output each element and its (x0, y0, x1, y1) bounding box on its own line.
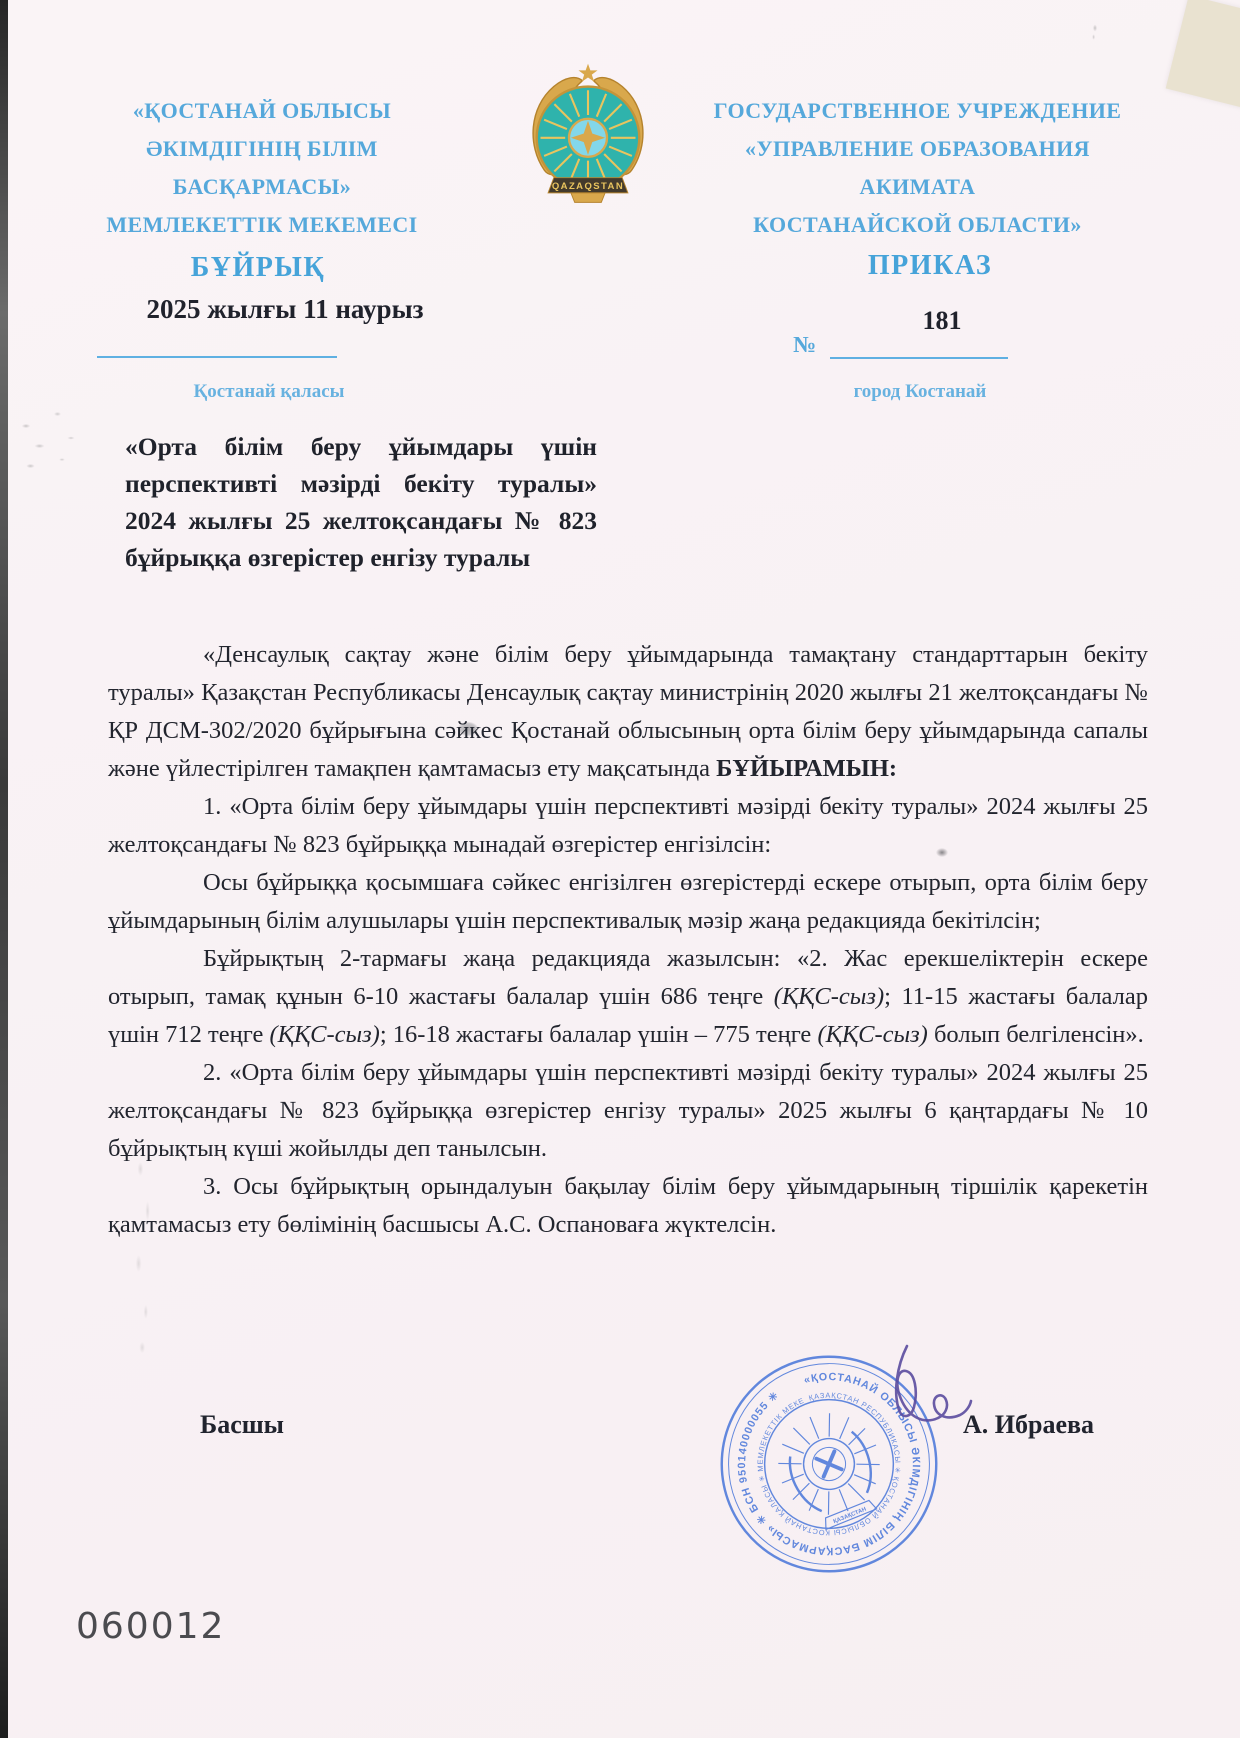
org-line: «ҚОСТАНАЙ ОБЛЫСЫ (92, 92, 432, 130)
body-paragraph: «Денсаулық сақтау және білім беру ұйымда… (108, 636, 1148, 788)
kazakhstan-coat-of-arms-icon: QAZAQSTAN (512, 54, 664, 214)
place-kazakh: Қостанай қаласы (169, 381, 369, 403)
order-number: 181 (872, 306, 1012, 336)
place-russian: город Костанай (828, 381, 1012, 403)
org-line: КОСТАНАЙСКОЙ ОБЛАСТИ» (690, 206, 1145, 244)
org-line: МЕМЛЕКЕТТІК МЕКЕМЕСІ (92, 206, 432, 244)
org-line: АКИМАТА (690, 168, 1145, 206)
body-paragraph: Бұйрықтың 2-тармағы жаңа редакцияда жазы… (108, 940, 1148, 1054)
scan-left-edge (0, 0, 8, 1738)
page-code: 060012 (76, 1606, 225, 1647)
body-paragraph: 3. Осы бұйрықтың орындалуын бақылау білі… (108, 1168, 1148, 1244)
org-line: «УПРАВЛЕНИЕ ОБРАЗОВАНИЯ (690, 130, 1145, 168)
org-line: ӘКІМДІГІНІҢ БІЛІМ (92, 130, 432, 168)
date-underline (97, 356, 337, 358)
pencil-scribble-mark (8, 402, 98, 482)
order-body: «Денсаулық сақтау және білім беру ұйымда… (108, 636, 1148, 1244)
scanned-order-document: «ҚОСТАНАЙ ОБЛЫСЫ ӘКІМДІГІНІҢ БІЛІМ БАСҚА… (0, 0, 1240, 1755)
scan-corner-patch (1166, 0, 1240, 109)
organization-name-kazakh: «ҚОСТАНАЙ ОБЛЫСЫ ӘКІМДІГІНІҢ БІЛІМ БАСҚА… (92, 92, 432, 244)
handwritten-signature (843, 1342, 973, 1447)
signer-title: Басшы (200, 1410, 284, 1440)
order-subject: «Орта білім беру ұйымдары үшін перспекти… (125, 428, 597, 576)
org-line: ГОСУДАРСТВЕННОЕ УЧРЕЖДЕНИЕ (690, 92, 1145, 130)
number-underline (830, 357, 1008, 359)
scan-speck (1088, 22, 1102, 42)
number-sign: № (793, 332, 816, 358)
org-line: БАСҚАРМАСЫ» (92, 168, 432, 206)
body-paragraph: Осы бұйрыққа қосымшаға сәйкес енгізілген… (108, 864, 1148, 940)
emblem-banner-text: QAZAQSTAN (552, 181, 624, 192)
body-paragraph: 2. «Орта білім беру ұйымдары үшін перспе… (108, 1054, 1148, 1168)
body-paragraph: 1. «Орта білім беру ұйымдары үшін перспе… (108, 788, 1148, 864)
order-date: 2025 жылғы 11 наурыз (110, 294, 460, 325)
signer-name: А. Ибраева (963, 1410, 1094, 1440)
order-label-russian: ПРИКАЗ (830, 250, 1030, 282)
organization-name-russian: ГОСУДАРСТВЕННОЕ УЧРЕЖДЕНИЕ «УПРАВЛЕНИЕ О… (690, 92, 1145, 244)
order-label-kazakh: БҰЙРЫҚ (128, 252, 388, 284)
scan-bottom-edge (0, 1738, 1240, 1755)
